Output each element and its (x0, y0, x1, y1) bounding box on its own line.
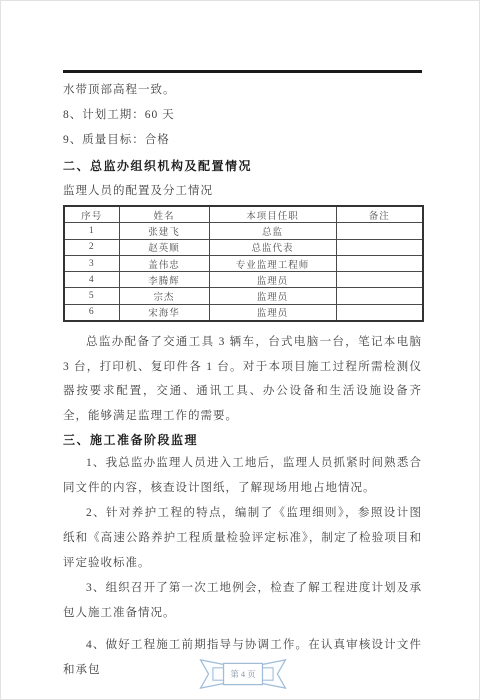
prep-paragraph-2: 2、针对养护工程的特点，编制了《监理细则》，参照设计图纸和《高速公路养护工程质量… (63, 501, 422, 576)
table-row: 5 宗杰 监理员 (64, 288, 423, 304)
table-row: 4 李腾辉 监理员 (64, 272, 423, 288)
section2-heading: 二、总监办组织机构及配置情况 (63, 154, 422, 179)
page-number-label: 第 4 页 (230, 669, 256, 679)
ribbon-banner-icon: 第 4 页 (197, 657, 289, 691)
table-cell: 监理员 (209, 272, 336, 288)
section3-heading: 三、施工准备阶段监理 (63, 431, 198, 448)
table-header-cell: 姓名 (119, 206, 209, 223)
table-header-cell: 备注 (336, 206, 423, 223)
table-cell: 张建飞 (119, 223, 209, 239)
table-row: 3 盖伟忠 专业监理工程师 (64, 255, 423, 271)
table-cell (336, 239, 423, 255)
table-cell (336, 223, 423, 239)
table-cell: 监理员 (209, 304, 336, 321)
table-cell (336, 304, 423, 321)
table-cell: 监理员 (209, 288, 336, 304)
table-cell: 盖伟忠 (119, 255, 209, 271)
table-cell: 5 (64, 288, 119, 304)
table-cell (336, 288, 423, 304)
table-cell: 2 (64, 239, 119, 255)
prep-paragraphs-block: 1、我总监办监理人员进入工地后，监理人员抓紧时间熟悉合同文件的内容，核查设计图纸… (63, 451, 422, 683)
table-cell: 李腾辉 (119, 272, 209, 288)
staff-table: 序号 姓名 本项目任职 备注 1 张建飞 总监 2 赵英顺 总监代表 3 盖伟忠… (63, 205, 424, 322)
body-line: 水带顶部高程一致。 (63, 78, 422, 103)
table-cell: 总监代表 (209, 239, 336, 255)
table-cell: 1 (64, 223, 119, 239)
table-cell: 3 (64, 255, 119, 271)
document-page: 水带顶部高程一致。 8、计划工期：60 天 9、质量目标：合格 二、总监办组织机… (0, 0, 480, 700)
table-row: 6 宋海华 监理员 (64, 304, 423, 321)
header-rule (63, 70, 422, 73)
list-item-9: 9、质量目标：合格 (63, 128, 422, 153)
table-caption: 监理人员的配置及分工情况 (63, 179, 422, 204)
prep-paragraph-3: 3、组织召开了第一次工地例会，检查了解工程进度计划及承包人施工准备情况。 (63, 576, 422, 626)
table-cell: 6 (64, 304, 119, 321)
table-cell (336, 255, 423, 271)
table-row: 1 张建飞 总监 (64, 223, 423, 239)
table-row: 2 赵英顺 总监代表 (64, 239, 423, 255)
table-cell: 宗杰 (119, 288, 209, 304)
table-header-cell: 本项目任职 (209, 206, 336, 223)
equipment-paragraph: 总监办配备了交通工具 3 辆车，台式电脑一台，笔记本电脑 3 台，打印机、复印件… (63, 330, 422, 429)
table-cell: 赵英顺 (119, 239, 209, 255)
list-item-8: 8、计划工期：60 天 (63, 103, 422, 128)
table-header-cell: 序号 (64, 206, 119, 223)
top-text-block: 水带顶部高程一致。 8、计划工期：60 天 9、质量目标：合格 二、总监办组织机… (63, 78, 422, 204)
table-cell (336, 272, 423, 288)
table-cell: 宋海华 (119, 304, 209, 321)
table-cell: 4 (64, 272, 119, 288)
table-cell: 总监 (209, 223, 336, 239)
table-cell: 专业监理工程师 (209, 255, 336, 271)
page-number-ribbon: 第 4 页 (197, 657, 289, 691)
table-header-row: 序号 姓名 本项目任职 备注 (64, 206, 423, 223)
prep-paragraph-1: 1、我总监办监理人员进入工地后，监理人员抓紧时间熟悉合同文件的内容，核查设计图纸… (63, 451, 422, 501)
